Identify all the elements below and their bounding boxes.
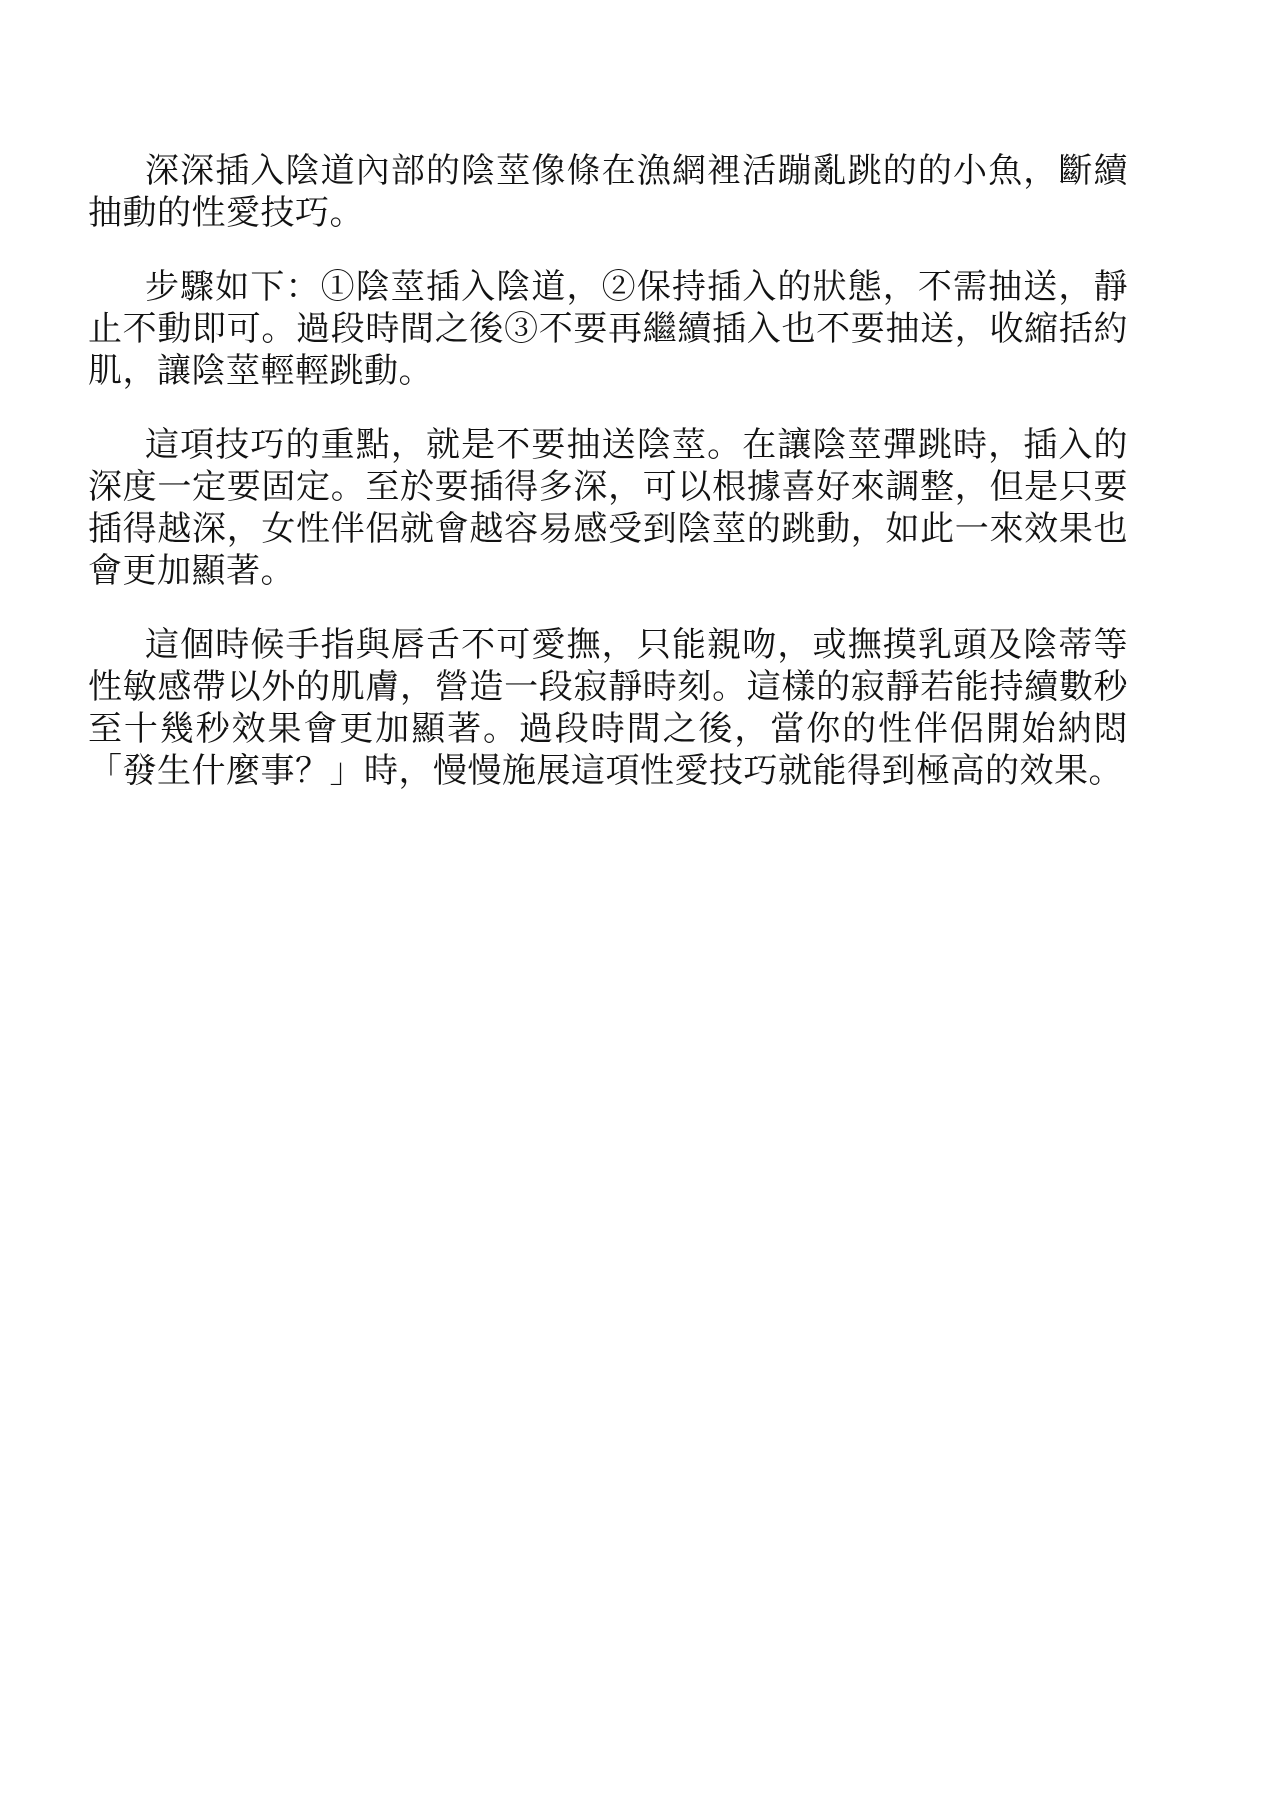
paragraph-2: 步驟如下：①陰莖插入陰道，②保持插入的狀態，不需抽送，靜止不動即可。過段時間之後… bbox=[88, 266, 1128, 392]
paragraph-3: 這項技巧的重點，就是不要抽送陰莖。在讓陰莖彈跳時，插入的深度一定要固定。至於要插… bbox=[88, 424, 1128, 592]
document-page: 深深插入陰道內部的陰莖像條在漁網裡活蹦亂跳的的小魚，斷續抽動的性愛技巧。 步驟如… bbox=[0, 0, 1280, 1813]
paragraph-4: 這個時候手指與唇舌不可愛撫，只能親吻，或撫摸乳頭及陰蒂等性敏感帶以外的肌膚，營造… bbox=[88, 624, 1128, 792]
paragraph-1: 深深插入陰道內部的陰莖像條在漁網裡活蹦亂跳的的小魚，斷續抽動的性愛技巧。 bbox=[88, 150, 1128, 234]
page-text: 深深插入陰道內部的陰莖像條在漁網裡活蹦亂跳的的小魚，斷續抽動的性愛技巧。 步驟如… bbox=[88, 150, 1128, 824]
